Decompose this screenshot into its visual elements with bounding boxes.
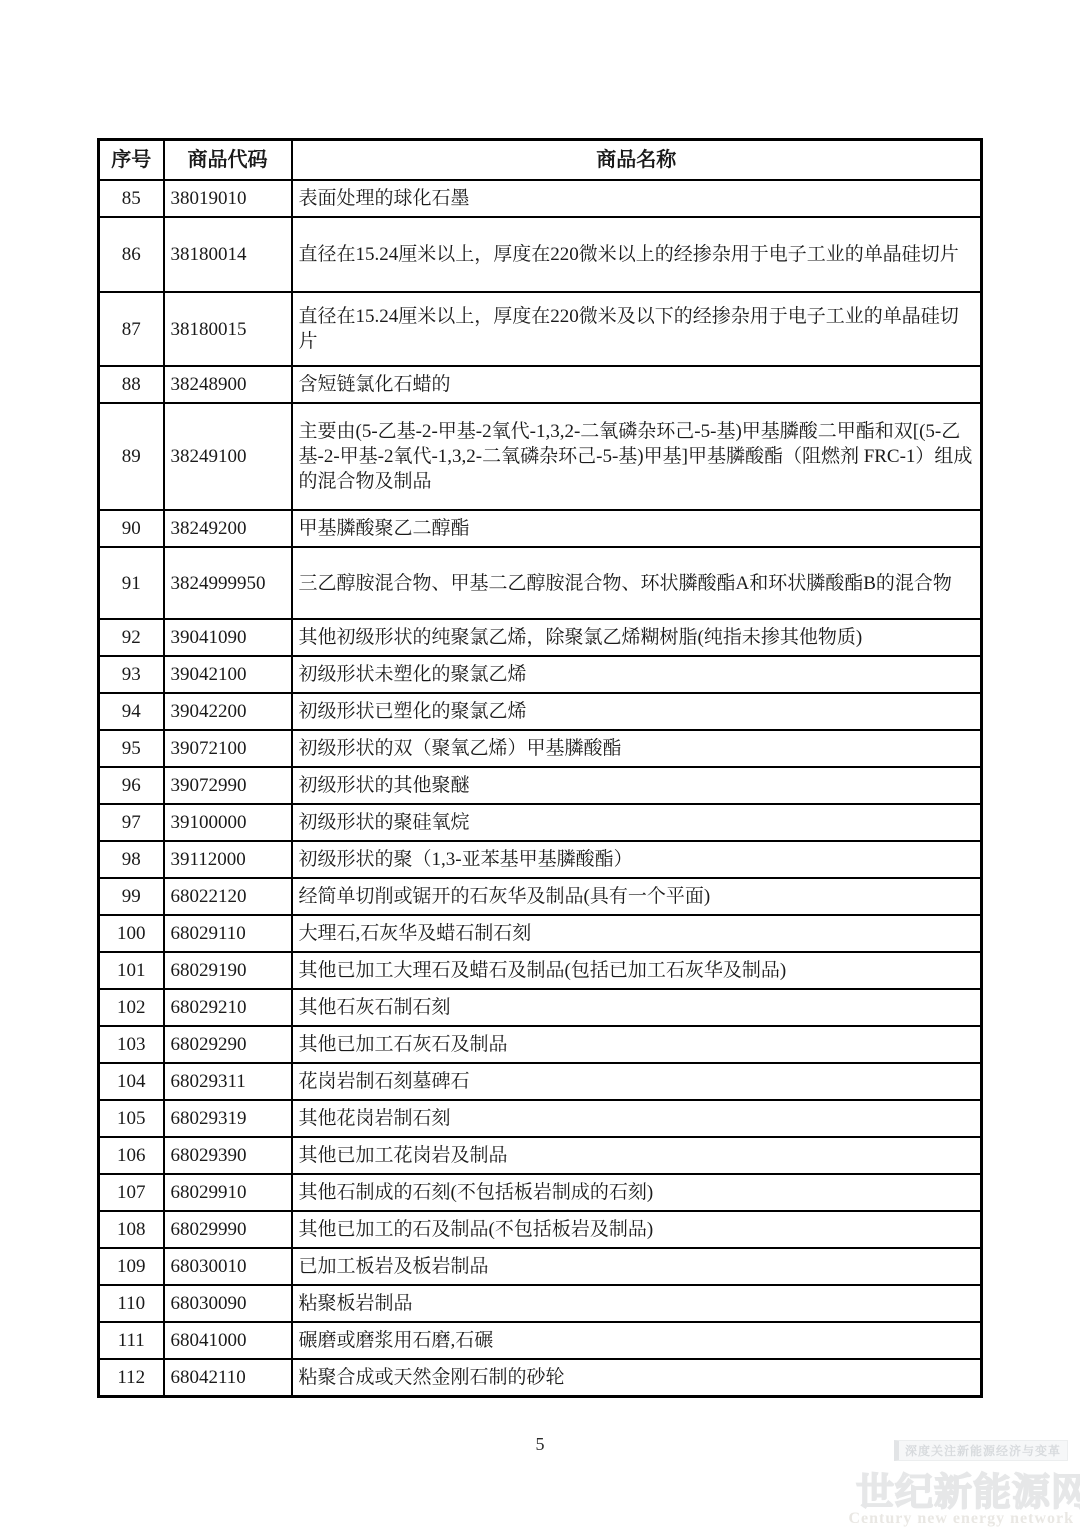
header-commodity-name: 商品名称 [292,140,982,181]
row-commodity-name: 其他初级形状的纯聚氯乙烯，除聚氯乙烯糊树脂(纯指未掺其他物质) [292,619,982,656]
row-commodity-code: 68029319 [164,1100,292,1137]
table-row: 9339042100初级形状未塑化的聚氯乙烯 [99,656,982,693]
row-commodity-code: 38180015 [164,292,292,366]
table-row: 9639072990初级形状的其他聚醚 [99,767,982,804]
row-commodity-name: 已加工板岩及板岩制品 [292,1248,982,1285]
row-commodity-name: 粘聚板岩制品 [292,1285,982,1322]
row-seq-no: 93 [99,656,164,693]
row-commodity-code: 39042200 [164,693,292,730]
row-commodity-name: 其他石制成的石刻(不包括板岩制成的石刻) [292,1174,982,1211]
table-row: 10268029210其他石灰石制石刻 [99,989,982,1026]
row-commodity-code: 68029290 [164,1026,292,1063]
row-commodity-name: 碾磨或磨浆用石磨,石碾 [292,1322,982,1359]
row-seq-no: 109 [99,1248,164,1285]
row-commodity-name: 大理石,石灰华及蜡石制石刻 [292,915,982,952]
row-seq-no: 105 [99,1100,164,1137]
row-commodity-code: 68029990 [164,1211,292,1248]
row-commodity-code: 68029110 [164,915,292,952]
table-row: 10968030010已加工板岩及板岩制品 [99,1248,982,1285]
row-seq-no: 103 [99,1026,164,1063]
row-seq-no: 98 [99,841,164,878]
row-commodity-code: 38180014 [164,217,292,292]
row-commodity-code: 38248900 [164,366,292,403]
row-seq-no: 100 [99,915,164,952]
row-commodity-name: 其他已加工的石及制品(不包括板岩及制品) [292,1211,982,1248]
table-row: 8538019010表面处理的球化石墨 [99,180,982,217]
row-commodity-code: 68029910 [164,1174,292,1211]
row-commodity-code: 68030090 [164,1285,292,1322]
table-row: 9539072100初级形状的双（聚氧乙烯）甲基膦酸酯 [99,730,982,767]
table-row: 10168029190其他已加工大理石及蜡石及制品(包括已加工石灰华及制品) [99,952,982,989]
row-seq-no: 107 [99,1174,164,1211]
row-commodity-code: 38249200 [164,510,292,547]
row-commodity-name: 其他已加工大理石及蜡石及制品(包括已加工石灰华及制品) [292,952,982,989]
row-seq-no: 102 [99,989,164,1026]
row-seq-no: 96 [99,767,164,804]
row-commodity-name: 初级形状的聚硅氧烷 [292,804,982,841]
row-seq-no: 110 [99,1285,164,1322]
header-commodity-code: 商品代码 [164,140,292,181]
row-commodity-name: 甲基膦酸聚乙二醇酯 [292,510,982,547]
row-commodity-code: 68029311 [164,1063,292,1100]
row-seq-no: 88 [99,366,164,403]
row-commodity-code: 68042110 [164,1359,292,1396]
table-row: 8938249100主要由(5-乙基-2-甲基-2氧代-1,3,2-二氧磷杂环己… [99,403,982,510]
table-row: 10768029910其他石制成的石刻(不包括板岩制成的石刻) [99,1174,982,1211]
row-commodity-name: 其他已加工花岗岩及制品 [292,1137,982,1174]
table-row: 10368029290其他已加工石灰石及制品 [99,1026,982,1063]
row-commodity-name: 直径在15.24厘米以上，厚度在220微米以上的经掺杂用于电子工业的单晶硅切片 [292,217,982,292]
table-row: 8638180014直径在15.24厘米以上，厚度在220微米以上的经掺杂用于电… [99,217,982,292]
table-row: 8738180015直径在15.24厘米以上，厚度在220微米及以下的经掺杂用于… [99,292,982,366]
row-commodity-code: 39072990 [164,767,292,804]
row-commodity-name: 经简单切削或锯开的石灰华及制品(具有一个平面) [292,878,982,915]
row-commodity-name: 初级形状未塑化的聚氯乙烯 [292,656,982,693]
header-seq-no: 序号 [99,140,164,181]
row-commodity-name: 含短链氯化石蜡的 [292,366,982,403]
table-row: 9739100000初级形状的聚硅氧烷 [99,804,982,841]
table-row: 11268042110粘聚合成或天然金刚石制的砂轮 [99,1359,982,1396]
page-number: 5 [0,1434,1080,1455]
row-commodity-code: 39041090 [164,619,292,656]
table-row: 9968022120经简单切削或锯开的石灰华及制品(具有一个平面) [99,878,982,915]
table-row: 9239041090其他初级形状的纯聚氯乙烯，除聚氯乙烯糊树脂(纯指未掺其他物质… [99,619,982,656]
table-row: 11168041000碾磨或磨浆用石磨,石碾 [99,1322,982,1359]
row-seq-no: 112 [99,1359,164,1396]
table-row: 9439042200初级形状已塑化的聚氯乙烯 [99,693,982,730]
row-commodity-code: 38019010 [164,180,292,217]
document-page: 序号 商品代码 商品名称 8538019010表面处理的球化石墨86381800… [0,0,1080,1527]
table-row: 10668029390其他已加工花岗岩及制品 [99,1137,982,1174]
table-row: 9839112000初级形状的聚（1,3-亚苯基甲基膦酸酯） [99,841,982,878]
row-commodity-name: 初级形状的双（聚氧乙烯）甲基膦酸酯 [292,730,982,767]
table-row: 913824999950三乙醇胺混合物、甲基二乙醇胺混合物、环状膦酸酯A和环状膦… [99,547,982,619]
row-seq-no: 90 [99,510,164,547]
row-seq-no: 95 [99,730,164,767]
row-commodity-code: 68022120 [164,878,292,915]
row-commodity-code: 68029390 [164,1137,292,1174]
row-commodity-name: 其他花岗岩制石刻 [292,1100,982,1137]
row-seq-no: 91 [99,547,164,619]
row-seq-no: 86 [99,217,164,292]
row-commodity-name: 直径在15.24厘米以上，厚度在220微米及以下的经掺杂用于电子工业的单晶硅切片 [292,292,982,366]
row-commodity-name: 初级形状的其他聚醚 [292,767,982,804]
row-commodity-code: 68029210 [164,989,292,1026]
watermark-title: 世纪新能源网 [820,1461,1080,1516]
row-seq-no: 108 [99,1211,164,1248]
commodity-table: 序号 商品代码 商品名称 8538019010表面处理的球化石墨86381800… [97,138,983,1398]
row-commodity-name: 三乙醇胺混合物、甲基二乙醇胺混合物、环状膦酸酯A和环状膦酸酯B的混合物 [292,547,982,619]
row-commodity-name: 其他已加工石灰石及制品 [292,1026,982,1063]
table-row: 10868029990其他已加工的石及制品(不包括板岩及制品) [99,1211,982,1248]
watermark-subtitle: Century new energy network [820,1510,1074,1527]
row-commodity-code: 39100000 [164,804,292,841]
row-seq-no: 94 [99,693,164,730]
table-row: 8838248900含短链氯化石蜡的 [99,366,982,403]
row-commodity-name: 表面处理的球化石墨 [292,180,982,217]
table-row: 10068029110大理石,石灰华及蜡石制石刻 [99,915,982,952]
row-commodity-code: 39112000 [164,841,292,878]
row-seq-no: 92 [99,619,164,656]
row-seq-no: 101 [99,952,164,989]
table-row: 10568029319其他花岗岩制石刻 [99,1100,982,1137]
row-seq-no: 104 [99,1063,164,1100]
table-row: 10468029311花岗岩制石刻墓碑石 [99,1063,982,1100]
row-commodity-code: 68030010 [164,1248,292,1285]
row-commodity-name: 花岗岩制石刻墓碑石 [292,1063,982,1100]
row-seq-no: 111 [99,1322,164,1359]
row-seq-no: 85 [99,180,164,217]
row-commodity-code: 39042100 [164,656,292,693]
row-commodity-code: 3824999950 [164,547,292,619]
row-seq-no: 99 [99,878,164,915]
table-header-row: 序号 商品代码 商品名称 [99,140,982,181]
table-row: 9038249200甲基膦酸聚乙二醇酯 [99,510,982,547]
row-commodity-name: 粘聚合成或天然金刚石制的砂轮 [292,1359,982,1396]
row-commodity-name: 主要由(5-乙基-2-甲基-2氧代-1,3,2-二氧磷杂环己-5-基)甲基膦酸二… [292,403,982,510]
row-commodity-name: 其他石灰石制石刻 [292,989,982,1026]
row-commodity-name: 初级形状已塑化的聚氯乙烯 [292,693,982,730]
row-seq-no: 97 [99,804,164,841]
row-seq-no: 106 [99,1137,164,1174]
row-commodity-code: 68041000 [164,1322,292,1359]
table-row: 11068030090粘聚板岩制品 [99,1285,982,1322]
row-commodity-code: 38249100 [164,403,292,510]
row-commodity-name: 初级形状的聚（1,3-亚苯基甲基膦酸酯） [292,841,982,878]
row-commodity-code: 68029190 [164,952,292,989]
row-seq-no: 89 [99,403,164,510]
row-commodity-code: 39072100 [164,730,292,767]
row-seq-no: 87 [99,292,164,366]
